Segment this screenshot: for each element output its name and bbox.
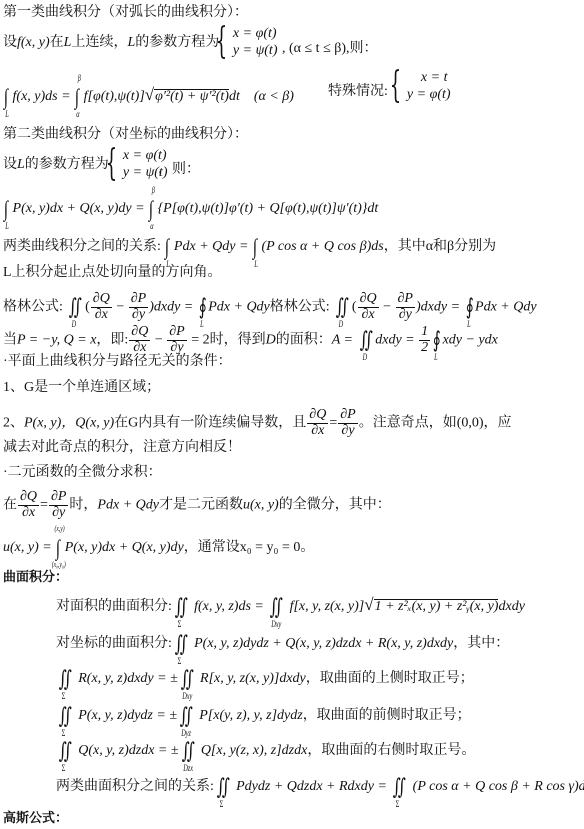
total-diff-title: ·二元函数的全微分求积： bbox=[3, 466, 162, 480]
green-label-2: 格林公式: bbox=[270, 299, 330, 314]
math-pq: P(x, y)，Q(x, y) bbox=[24, 415, 114, 430]
green-mid: )dxdy = bbox=[416, 299, 464, 314]
int-sub: Dxy bbox=[182, 692, 192, 701]
text: 设 bbox=[3, 35, 17, 50]
num: ∂Q bbox=[129, 325, 150, 341]
fraction: 12 bbox=[419, 325, 430, 355]
text: 时， bbox=[69, 497, 97, 512]
contour-integral-icon: ∮L bbox=[433, 329, 441, 351]
total-diff-condition: 在∂Q∂x=∂P∂y时，Pdx + Qdy才是二元函数u(x, y)的全微分，其… bbox=[3, 490, 391, 520]
formula-note: ，通常设x₀ = y₀ = 0。 bbox=[184, 540, 315, 555]
double-integral-icon: ∬Dxy bbox=[270, 596, 283, 618]
den: ∂x bbox=[91, 308, 112, 323]
path-item-2-cont: 减去对此奇点的积分，注意方向相反！ bbox=[3, 441, 241, 455]
text: 。注意奇点，如(0,0)，应 bbox=[359, 415, 512, 430]
text: 才是二元函数 bbox=[159, 497, 243, 512]
eq-x: x = φ(t) bbox=[123, 148, 167, 163]
relation-label: 两类曲线积分之间的关系: bbox=[3, 239, 161, 254]
int-sub: Σ bbox=[178, 620, 182, 629]
first-kind-range: , (α ≤ t ≤ β),则： bbox=[282, 42, 378, 56]
double-integral-icon: ∬Σ bbox=[59, 705, 72, 727]
den: ∂x bbox=[358, 308, 379, 323]
path-item-2: 2、P(x, y)，Q(x, y)在G内具有一阶连续偏导数，且∂Q∂x=∂P∂y… bbox=[3, 408, 512, 438]
text: 当 bbox=[3, 332, 17, 347]
note: ，其中： bbox=[453, 636, 509, 651]
int-sub: D bbox=[362, 353, 367, 362]
left-brace-icon: { bbox=[106, 146, 117, 182]
den: ∂y bbox=[396, 308, 415, 323]
int-sub: α bbox=[76, 110, 79, 119]
den: ∂y bbox=[129, 308, 148, 323]
double-integral-icon: ∬Σ bbox=[59, 668, 72, 690]
eq: = 2 bbox=[188, 332, 210, 347]
note: ，取曲面的前侧时取正号； bbox=[303, 708, 471, 723]
math-f: f(x, y) bbox=[17, 35, 50, 50]
double-integral-icon: ∬Dzx bbox=[181, 740, 194, 762]
first-kind-condition: 设f(x, y)在L上连续，L的参数方程为: bbox=[3, 36, 223, 50]
paren: ( bbox=[85, 299, 90, 314]
eq-x: x = t bbox=[407, 70, 448, 85]
surface-area-formula: 对面积的曲面积分:∬Σ f(x, y, z)ds = ∬Dxy f[x, y, … bbox=[56, 596, 525, 618]
integral-icon: ∫βα bbox=[75, 86, 79, 108]
num: ∂Q bbox=[358, 292, 379, 308]
lhs: P(x, y, z)dydz = ± bbox=[78, 708, 177, 723]
den: 2 bbox=[419, 341, 430, 356]
num: ∂P bbox=[167, 325, 186, 341]
fraction: ∂P∂y bbox=[396, 292, 415, 322]
int-sub: Σ bbox=[178, 657, 182, 666]
num: ∂P bbox=[129, 292, 148, 308]
integral-icon: ∫L bbox=[165, 236, 169, 258]
equation-system: x = φ(t)y = ψ(t) bbox=[233, 25, 278, 60]
gauss-title: 高斯公式： bbox=[3, 812, 68, 825]
lhs: Pdydz + Qdzdx + Rdxdy = bbox=[236, 779, 390, 794]
minus: − bbox=[380, 299, 395, 314]
int-sup: (x,y) bbox=[55, 525, 65, 533]
int-sub: Dzx bbox=[183, 764, 193, 773]
num: 1 bbox=[419, 325, 430, 341]
fraction: ∂Q∂x bbox=[358, 292, 379, 322]
rhs: P[x(y, z), y, z]dydz bbox=[199, 708, 302, 723]
double-integral-icon: ∬D bbox=[336, 296, 349, 318]
fraction: ∂Q∂x bbox=[129, 325, 150, 355]
green-mid: )dxdy = bbox=[149, 299, 197, 314]
text: ，即: bbox=[96, 332, 128, 347]
sqrt-content: φ′²(t) + ψ′²(t) bbox=[154, 89, 229, 104]
green-rhs: Pdx + Qdy bbox=[208, 299, 270, 314]
int-sub: L bbox=[5, 222, 9, 231]
int-sub: Σ bbox=[62, 692, 66, 701]
den: ∂y bbox=[49, 506, 68, 521]
first-kind-title: 第一类曲线积分（对弧长的曲线积分）： bbox=[3, 6, 248, 20]
formula-lhs: f(x, y)ds = bbox=[13, 89, 75, 104]
formula: P(x, y, z)dydz + Q(x, y, z)dzdx + R(x, y… bbox=[194, 636, 453, 651]
math-u: u(x, y) bbox=[243, 497, 279, 512]
den: ∂x bbox=[18, 506, 39, 521]
double-integral-icon: ∬Dyz bbox=[180, 705, 193, 727]
surface-p-formula: ∬Σ P(x, y, z)dydz = ±∬Dyz P[x(y, z), y, … bbox=[56, 705, 471, 727]
paren: ( bbox=[352, 299, 357, 314]
text: 2、 bbox=[3, 415, 24, 430]
num: ∂Q bbox=[18, 490, 39, 506]
rhs: f[x, y, z(x, y)] bbox=[290, 599, 365, 614]
int-sub: L bbox=[254, 260, 258, 269]
integral-icon: ∫L bbox=[253, 236, 257, 258]
eq-y: y = φ(t) bbox=[407, 87, 451, 102]
int-sub: Dyz bbox=[181, 729, 191, 738]
lhs: Q(x, y, z)dzdx = ± bbox=[78, 743, 178, 758]
sqrt-icon: √ bbox=[364, 595, 373, 614]
second-kind-formula: ∫L P(x, y)dx + Q(x, y)dy = ∫βα {P[φ(t),ψ… bbox=[3, 198, 378, 220]
den: ∂x bbox=[307, 424, 328, 439]
formula-lhs: P(x, y)dx + Q(x, y)dy = bbox=[13, 201, 149, 216]
fraction: ∂P∂y bbox=[338, 408, 357, 438]
fraction: ∂Q∂x bbox=[91, 292, 112, 322]
num: ∂Q bbox=[91, 292, 112, 308]
surface-coord-formula: 对坐标的曲面积分:∬Σ P(x, y, z)dydz + Q(x, y, z)d… bbox=[56, 633, 509, 655]
formula-rhs: {P[φ(t),ψ(t)]φ′(t) + Q[φ(t),ψ(t)]ψ′(t)}d… bbox=[158, 201, 379, 216]
surface-r-formula: ∬Σ R(x, y, z)dxdy = ±∬Dxy R[x, y, z(x, y… bbox=[56, 668, 474, 690]
special-case-label: 特殊情况: bbox=[328, 85, 388, 99]
eq: = bbox=[40, 497, 48, 512]
int-sub: Dxy bbox=[272, 620, 282, 629]
note: ，取曲面的上侧时取正号； bbox=[306, 671, 474, 686]
text: 在 bbox=[50, 35, 64, 50]
double-integral-icon: ∬D bbox=[359, 329, 372, 351]
path-independence-title: ·平面上曲线积分与路径无关的条件： bbox=[3, 355, 232, 369]
rhs: R[x, y, z(x, y)]dxdy bbox=[200, 671, 306, 686]
int-sup: β bbox=[78, 74, 81, 83]
sqrt-content: 1 + z²ₓ(x, y) + z²ᵧ(x, y) bbox=[374, 599, 499, 614]
second-kind-param: 设L的参数方程为 bbox=[3, 158, 109, 172]
num: ∂P bbox=[49, 490, 68, 506]
fraction: ∂P∂y bbox=[167, 325, 186, 355]
text: 时，得到 bbox=[210, 332, 266, 347]
rhs: (P cos α + Q cos β + R cos γ)ds bbox=[413, 779, 584, 794]
relation-note-cont: L上积分起止点处切向量的方向角。 bbox=[3, 266, 222, 280]
double-integral-icon: ∬Σ bbox=[217, 776, 230, 798]
first-kind-formula: ∫L f(x, y)ds = ∫βα f[φ(t),ψ(t)]√φ′²(t) +… bbox=[3, 86, 294, 108]
formula-condition: (α < β) bbox=[254, 89, 294, 104]
case-cond: P = −y, Q = x bbox=[17, 332, 96, 347]
lhs: R(x, y, z)dxdy = ± bbox=[78, 671, 178, 686]
formula-rhs: f[φ(t),ψ(t)] bbox=[84, 89, 145, 104]
fraction: ∂P∂y bbox=[49, 490, 68, 520]
int-sub: Σ bbox=[62, 764, 66, 773]
label: 对面积的曲面积分: bbox=[56, 599, 172, 614]
label: 两类曲面积分之间的关系: bbox=[56, 779, 214, 794]
integral-icon: ∫(x,y)(x₀,y₀) bbox=[56, 537, 60, 559]
double-integral-icon: ∬Σ bbox=[393, 776, 406, 798]
num: ∂P bbox=[396, 292, 415, 308]
text: 在 bbox=[3, 497, 17, 512]
left-brace-icon: { bbox=[390, 68, 401, 104]
den: ∂y bbox=[338, 424, 357, 439]
num: ∂P bbox=[338, 408, 357, 424]
left-brace-icon: { bbox=[216, 24, 227, 60]
eq-x: x = φ(t) bbox=[233, 26, 277, 41]
double-integral-icon: ∬Dxy bbox=[181, 668, 194, 690]
equation-system: x = ty = φ(t) bbox=[407, 69, 451, 104]
integral-icon: ∫L bbox=[4, 198, 8, 220]
first-kind-system: {x = φ(t)y = ψ(t) bbox=[210, 24, 277, 60]
label: 对坐标的曲面积分: bbox=[56, 636, 172, 651]
contour-integral-icon: ∮L bbox=[465, 296, 473, 318]
text: 的参数方程为 bbox=[25, 157, 109, 172]
surface-q-formula: ∬Σ Q(x, y, z)dzdx = ±∬Dzx Q[x, y(z, x), … bbox=[56, 740, 475, 762]
tail: dxdy bbox=[498, 599, 524, 614]
surface-relation: 两类曲面积分之间的关系:∬Σ Pdydz + Qdzdx + Rdxdy = ∬… bbox=[56, 776, 584, 798]
path-item-1: 1、G是一个单连通区域； bbox=[3, 381, 160, 395]
math-L: L bbox=[17, 157, 25, 172]
formula-rhs: P(x, y)dx + Q(x, y)dy bbox=[65, 540, 184, 555]
int-sub: α bbox=[150, 222, 153, 231]
double-integral-icon: ∬Σ bbox=[175, 633, 188, 655]
int-sub: L bbox=[434, 353, 438, 362]
fraction: ∂Q∂x bbox=[18, 490, 39, 520]
note: ，取曲面的右侧时取正号。 bbox=[307, 743, 475, 758]
eq: = bbox=[329, 415, 337, 430]
fraction: ∂Q∂x bbox=[307, 408, 328, 438]
int-sub: Σ bbox=[396, 800, 400, 809]
int-sup: β bbox=[152, 186, 155, 195]
relation-rhs: (P cos α + Q cos β)ds bbox=[261, 239, 383, 254]
contour-integral-icon: ∮L bbox=[198, 296, 206, 318]
int-sub: Σ bbox=[220, 800, 224, 809]
int-sub: L bbox=[5, 110, 9, 119]
minus: − bbox=[151, 332, 166, 347]
green-label: 格林公式: bbox=[3, 299, 63, 314]
lhs: f(x, y, z)ds = bbox=[194, 599, 267, 614]
special-case-system: {x = ty = φ(t) bbox=[384, 68, 451, 104]
dt: dt bbox=[229, 89, 240, 104]
formula-lhs: u(x, y) = bbox=[3, 540, 55, 555]
curve-relation: 两类曲线积分之间的关系: ∫L Pdx + Qdy = ∫L (P cos α … bbox=[3, 236, 496, 258]
integral-icon: ∫L bbox=[4, 86, 8, 108]
text: 设 bbox=[3, 157, 17, 172]
minus: − bbox=[113, 299, 128, 314]
math-D: D bbox=[266, 332, 276, 347]
green-area: 当P = −y, Q = x，即:∂Q∂x − ∂P∂y = 2时，得到D的面积… bbox=[3, 325, 498, 355]
fraction: ∂P∂y bbox=[129, 292, 148, 322]
eq-y: y = ψ(t) bbox=[233, 43, 278, 58]
num: ∂Q bbox=[307, 408, 328, 424]
second-kind-then: ，则： bbox=[158, 163, 200, 177]
double-integral-icon: ∬Σ bbox=[59, 740, 72, 762]
int-sub: Σ bbox=[62, 729, 66, 738]
area-lhs: A = bbox=[332, 332, 357, 347]
double-integral-icon: ∬Σ bbox=[175, 596, 188, 618]
integral-icon: ∫βα bbox=[149, 198, 153, 220]
green-rhs: Pdx + Qdy bbox=[475, 299, 537, 314]
relation-lhs: Pdx + Qdy = bbox=[174, 239, 252, 254]
double-integral-icon: ∬D bbox=[69, 296, 82, 318]
text: 的全微分，其中： bbox=[279, 497, 391, 512]
green-formula: 格林公式: ∬D(∂Q∂x − ∂P∂y)dxdy = ∮LPdx + Qdy格… bbox=[3, 292, 537, 322]
area-rhs: xdy − ydx bbox=[443, 332, 498, 347]
text: 在G内具有一阶连续偏导数，且 bbox=[114, 415, 306, 430]
surface-title: 曲面积分： bbox=[3, 571, 68, 584]
math-expr: Pdx + Qdy bbox=[97, 497, 159, 512]
text: 的面积： bbox=[276, 332, 332, 347]
sqrt-icon: √ bbox=[145, 85, 154, 104]
total-diff-formula: u(x, y) = ∫(x,y)(x₀,y₀) P(x, y)dx + Q(x,… bbox=[3, 537, 314, 559]
rhs: Q[x, y(z, x), z]dzdx bbox=[201, 743, 308, 758]
second-kind-title: 第二类曲线积分（对坐标的曲线积分）： bbox=[3, 128, 248, 142]
text: 上连续， bbox=[71, 35, 127, 50]
int-sub: (x₀,y₀) bbox=[52, 561, 66, 569]
relation-note: ，其中α和β分别为 bbox=[384, 239, 496, 254]
area-mid: dxdy = bbox=[375, 332, 418, 347]
